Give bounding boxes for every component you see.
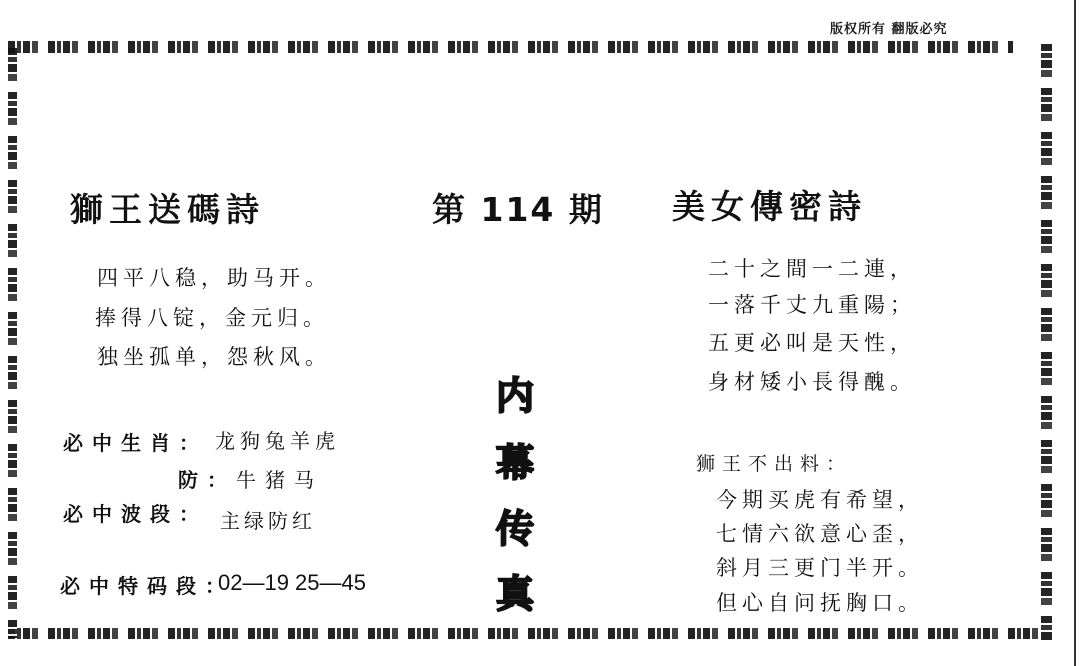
watermark-border-left <box>8 48 17 638</box>
poem-line: 捧得八锭，金元归。 <box>95 302 329 332</box>
watermark-border-bottom <box>8 628 1048 639</box>
poem-line: 一落千丈九重陽； <box>708 289 916 319</box>
tip-line: 但心自问抚胸口。 <box>716 587 924 617</box>
poem-line: 身材矮小長得醜。 <box>708 366 916 396</box>
zodiac-label: 必中生肖： <box>63 427 208 456</box>
heading-lion-king-poem: 獅王送碼詩 <box>70 184 265 231</box>
special-code-label: 必中特码段： <box>60 570 234 599</box>
wave-value: 主绿防红 <box>220 505 316 534</box>
copyright-notice: 版权所有 翻版必究 <box>830 18 948 37</box>
poem-line: 独坐孤单，怨秋风。 <box>97 341 331 371</box>
tip-line: 斜月三更门半开。 <box>716 552 924 582</box>
poem-line: 二十之間一二連， <box>708 253 916 283</box>
tip-title: 狮王不出料： <box>696 449 852 476</box>
vertical-title-char: 传 <box>490 510 540 548</box>
vertical-title-char: 真 <box>490 575 540 613</box>
poem-line: 五更必叫是天性， <box>708 327 916 357</box>
vertical-title-char: 幕 <box>490 444 540 482</box>
zodiac-value: 龙狗兔羊虎 <box>215 425 340 454</box>
vertical-title-char: 内 <box>490 377 540 415</box>
poem-line: 四平八稳，助马开。 <box>97 262 331 292</box>
heading-beauty-secret-poem: 美女傳密詩 <box>672 181 867 228</box>
guard-value: 牛猪马 <box>236 464 323 493</box>
tip-line: 七情六欲意心歪， <box>716 518 924 548</box>
guard-label: 防： <box>178 464 236 493</box>
watermark-border-top <box>8 41 1013 53</box>
watermark-border-right <box>1041 44 1052 640</box>
wave-label: 必中波段： <box>63 498 208 527</box>
tip-line: 今期买虎有希望， <box>716 484 924 514</box>
special-code-value: 02—19 25—45 <box>218 570 366 596</box>
heading-issue-number: 第 114 期 <box>432 184 604 231</box>
scan-edge-line <box>1074 0 1076 666</box>
